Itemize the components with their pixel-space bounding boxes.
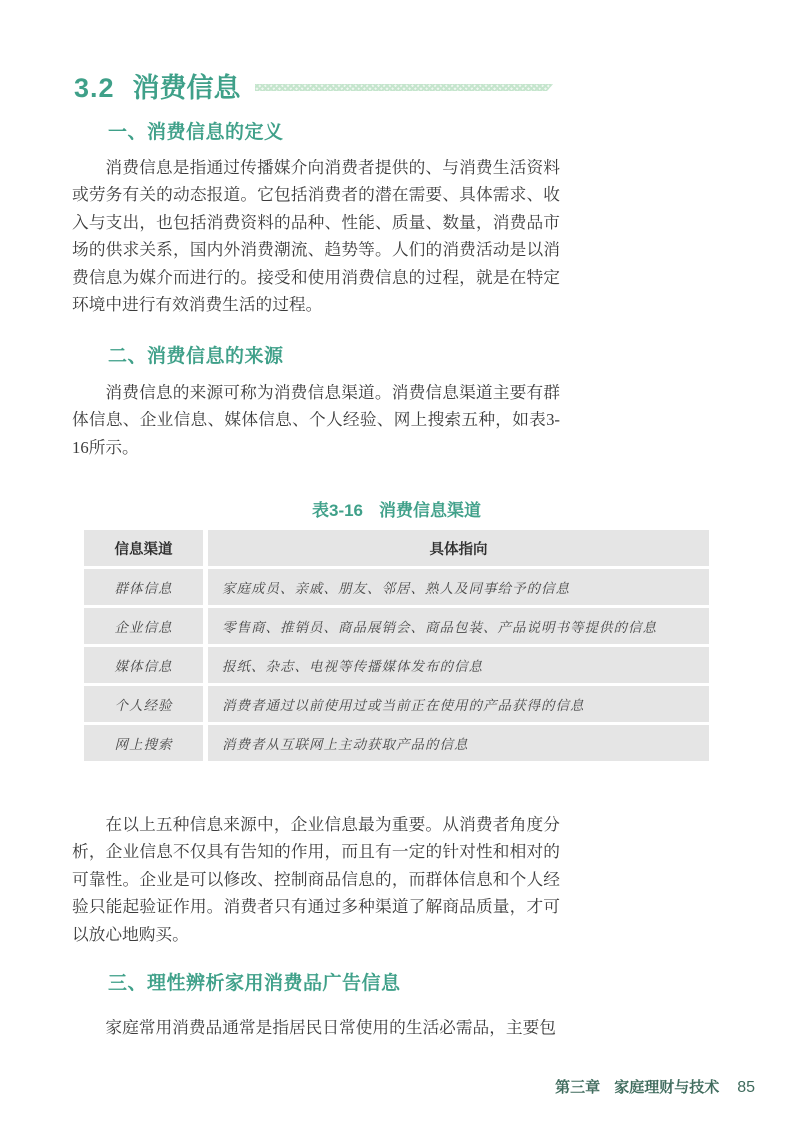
- table-header-channel: 信息渠道: [84, 530, 203, 566]
- section-number: 3.2: [74, 73, 115, 103]
- heading-decorative-band: [255, 84, 553, 91]
- table-header-row: 信息渠道 具体指向: [84, 530, 709, 566]
- table-cell-channel: 媒体信息: [84, 647, 203, 683]
- page-footer: 第三章家庭理财与技术85: [555, 1076, 755, 1097]
- subsection-heading-1: 一、消费信息的定义: [108, 121, 284, 145]
- table-caption-label: 表3-16: [312, 501, 363, 520]
- table-row: 网上搜索 消费者从互联网上主动获取产品的信息: [84, 725, 709, 761]
- table-cell-channel: 群体信息: [84, 569, 203, 605]
- table-cell-channel: 个人经验: [84, 686, 203, 722]
- table-cell-detail: 报纸、杂志、电视等传播媒体发布的信息: [208, 647, 709, 683]
- table-cell-detail: 消费者通过以前使用过或当前正在使用的产品获得的信息: [208, 686, 709, 722]
- paragraph-analysis: 在以上五种信息来源中，企业信息最为重要。从消费者角度分析，企业信息不仅具有告知的…: [72, 811, 560, 948]
- table-cell-detail: 零售商、推销员、商品展销会、商品包装、产品说明书等提供的信息: [208, 608, 709, 644]
- table-caption-title: 消费信息渠道: [379, 501, 481, 520]
- footer-page-number: 85: [737, 1079, 755, 1096]
- table-row: 个人经验 消费者通过以前使用过或当前正在使用的产品获得的信息: [84, 686, 709, 722]
- section-title: 消费信息: [133, 73, 241, 103]
- footer-book-title: 家庭理财与技术: [614, 1079, 719, 1096]
- paragraph-definition: 消费信息是指通过传播媒介向消费者提供的、与消费生活资料或劳务有关的动态报道。它包…: [72, 154, 560, 318]
- paragraph-ads-intro: 家庭常用消费品通常是指居民日常使用的生活必需品，主要包: [72, 1014, 560, 1041]
- textbook-page: 3.2消费信息 一、消费信息的定义 消费信息是指通过传播媒介向消费者提供的、与消…: [0, 0, 793, 1122]
- table-row: 媒体信息 报纸、杂志、电视等传播媒体发布的信息: [84, 647, 709, 683]
- table-caption: 表3-16消费信息渠道: [84, 496, 709, 521]
- footer-chapter: 第三章: [555, 1079, 600, 1096]
- table-cell-detail: 消费者从互联网上主动获取产品的信息: [208, 725, 709, 761]
- subsection-heading-2: 二、消费信息的来源: [108, 345, 284, 369]
- table-cell-detail: 家庭成员、亲戚、朋友、邻居、熟人及同事给予的信息: [208, 569, 709, 605]
- page-title: 3.2消费信息: [74, 72, 241, 104]
- subsection-heading-3: 三、理性辨析家用消费品广告信息: [108, 972, 401, 996]
- table-cell-channel: 网上搜索: [84, 725, 203, 761]
- table-cell-channel: 企业信息: [84, 608, 203, 644]
- info-channels-table: 信息渠道 具体指向 群体信息 家庭成员、亲戚、朋友、邻居、熟人及同事给予的信息 …: [84, 530, 709, 764]
- table-row: 企业信息 零售商、推销员、商品展销会、商品包装、产品说明书等提供的信息: [84, 608, 709, 644]
- table-row: 群体信息 家庭成员、亲戚、朋友、邻居、熟人及同事给予的信息: [84, 569, 709, 605]
- paragraph-sources-intro: 消费信息的来源可称为消费信息渠道。消费信息渠道主要有群体信息、企业信息、媒体信息…: [72, 379, 560, 461]
- table-header-detail: 具体指向: [208, 530, 709, 566]
